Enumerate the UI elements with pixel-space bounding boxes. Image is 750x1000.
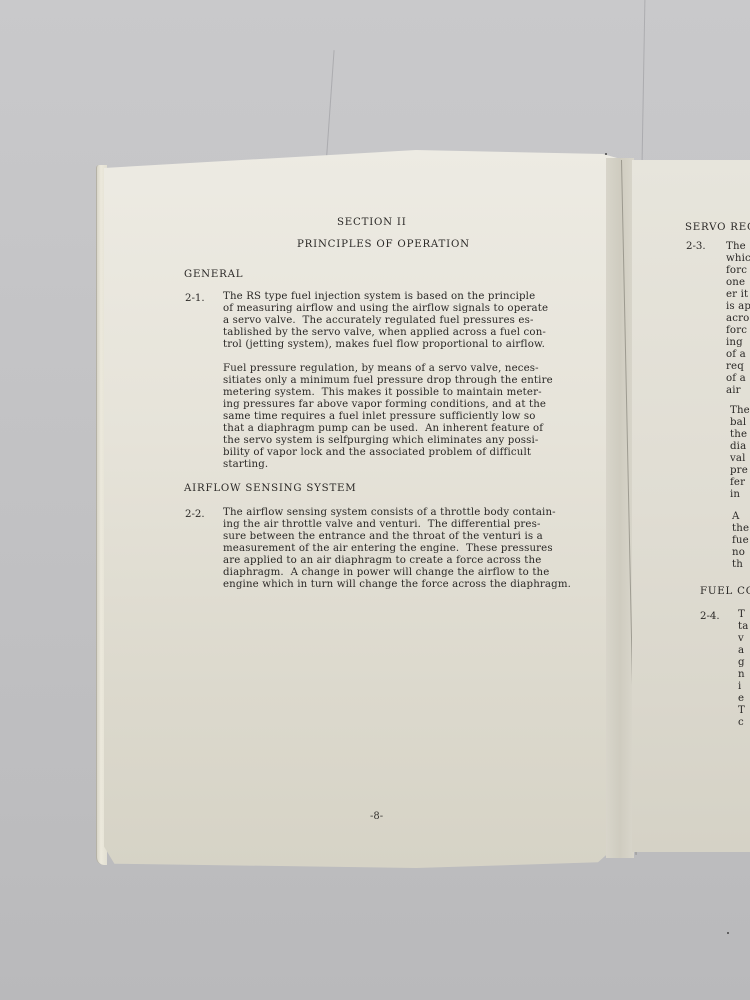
paragraph-number: 2-2. xyxy=(185,509,205,520)
paragraph-number: 2-3. xyxy=(686,241,706,252)
text-line: trol (jetting system), makes fuel flow p… xyxy=(223,338,545,351)
text-line: in xyxy=(730,488,740,501)
text-line: air xyxy=(726,384,741,397)
background-crack xyxy=(642,0,646,160)
text-line: bility of vapor lock and the associated … xyxy=(223,446,531,459)
book-gutter xyxy=(606,158,634,858)
right-page-content: SERVO REG 2-3. The whic forc one er it i… xyxy=(632,160,750,852)
section-heading-airflow-sensing-system: AIRFLOW SENSING SYSTEM xyxy=(184,483,357,494)
text-line: c xyxy=(738,716,744,729)
section-heading-general: GENERAL xyxy=(184,269,243,280)
text-line: th xyxy=(732,558,743,571)
text-line: starting. xyxy=(223,458,268,471)
section-heading-servo-regulator: SERVO REG xyxy=(685,222,750,233)
page-number: -8- xyxy=(370,811,383,822)
section-heading-fuel-control: FUEL CO xyxy=(700,586,750,597)
paragraph-number: 2-4. xyxy=(700,611,720,622)
dust-speck xyxy=(727,932,729,934)
chapter-title: PRINCIPLES OF OPERATION xyxy=(297,239,470,250)
text-line: engine which in turn will change the for… xyxy=(223,578,571,591)
section-title: SECTION II xyxy=(337,217,407,228)
dust-speck xyxy=(605,153,607,155)
paragraph-number: 2-1. xyxy=(185,293,205,304)
